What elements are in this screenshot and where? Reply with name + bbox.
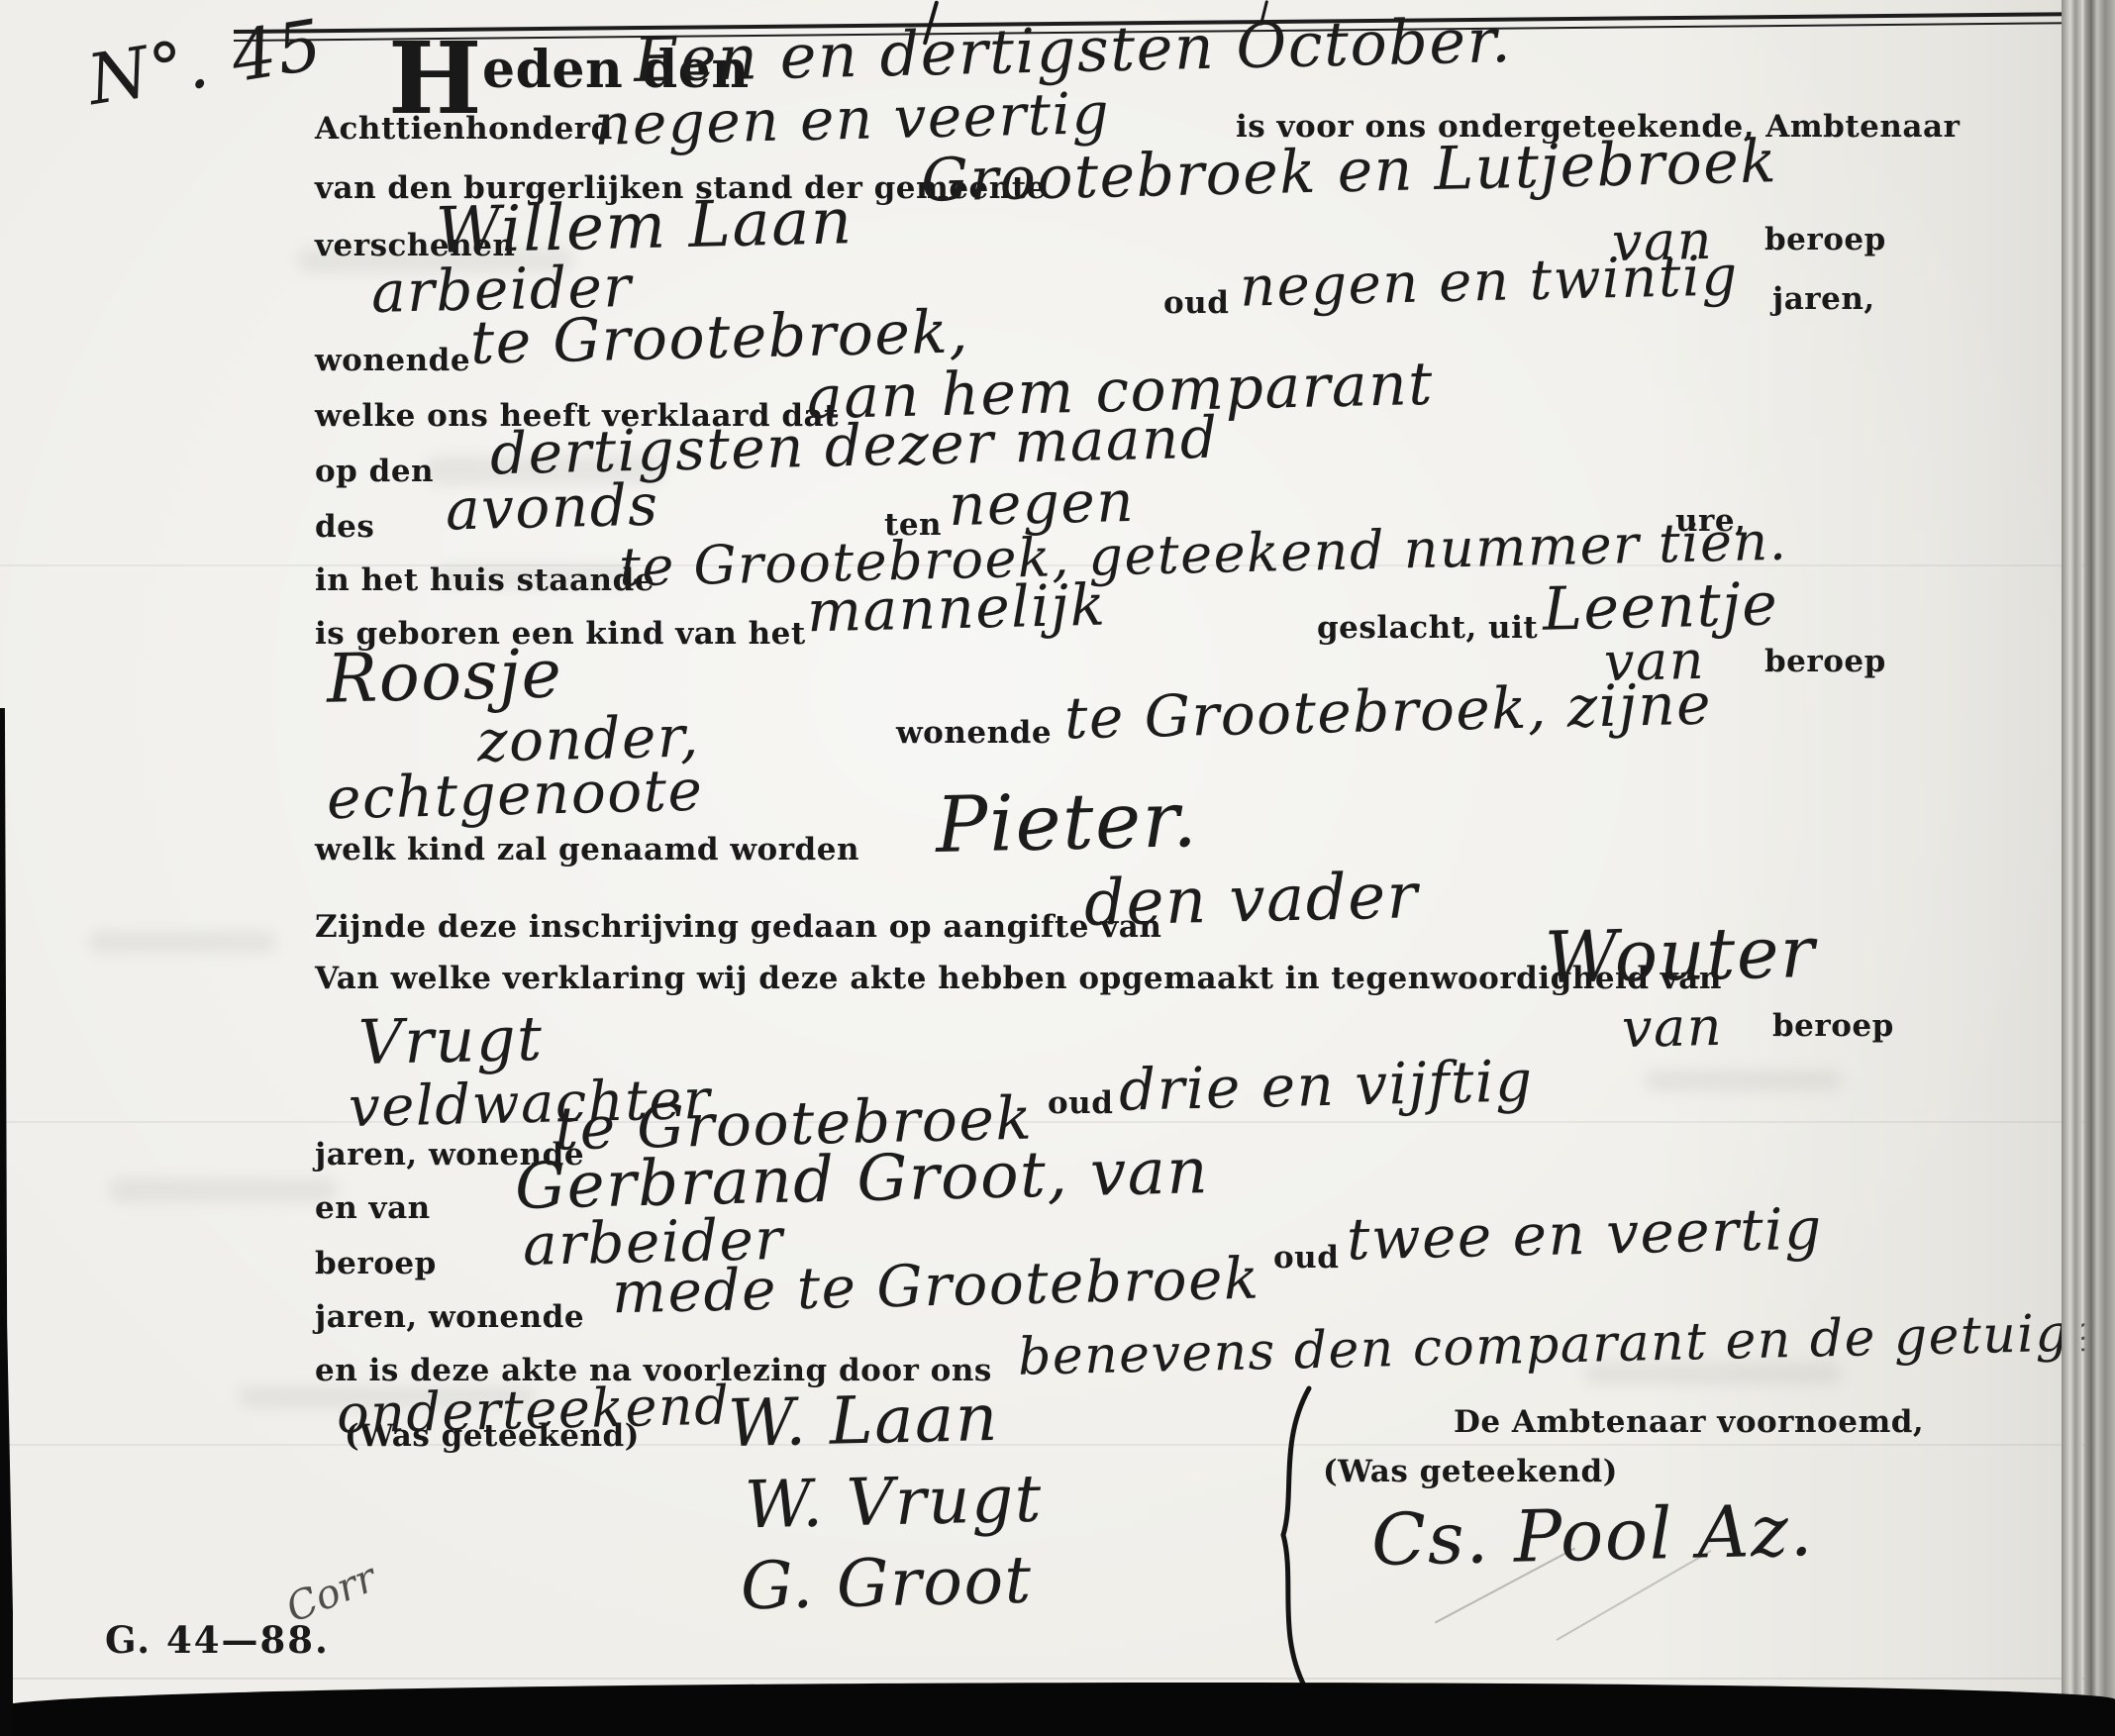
printed-oud-3: oud bbox=[1273, 1240, 1339, 1276]
scan-left-edge bbox=[0, 708, 13, 1736]
printed-was-geteekend-right: (Was geteekend) bbox=[1323, 1454, 1618, 1489]
printed-getuigen-intro: Van welke verklaring wij deze akte hebbe… bbox=[315, 961, 1722, 996]
written-van-3: van bbox=[1621, 995, 1723, 1060]
printed-jaren-wonende-2: jaren, wonende bbox=[315, 1299, 584, 1335]
printed-wonende-2: wonende bbox=[896, 715, 1052, 751]
printed-ambtenaar-voornoemd: De Ambtenaar voornoemd, bbox=[1454, 1404, 1924, 1440]
printed-beroep-3: beroep bbox=[1772, 1008, 1894, 1044]
printed-huis: in het huis staande bbox=[315, 562, 655, 598]
printed-jaren-1: jaren, bbox=[1772, 281, 1875, 317]
fold-line bbox=[0, 1121, 2115, 1123]
written-kindnaam: Pieter. bbox=[935, 775, 1199, 870]
printed-beroep-4: beroep bbox=[315, 1246, 437, 1281]
written-geslacht: mannelijk bbox=[806, 571, 1107, 646]
printed-des: des bbox=[315, 509, 374, 545]
witness-signature-3: G. Groot bbox=[740, 1542, 1033, 1625]
printed-geslacht-uit: geslacht, uit bbox=[1317, 610, 1538, 646]
witness-signature-1: W. Laan bbox=[727, 1379, 999, 1462]
printed-aangifte: Zijnde deze inschrijving gedaan op aangi… bbox=[315, 909, 1161, 945]
written-getuige1-achternaam: Vrugt bbox=[357, 1002, 544, 1078]
written-voorlezing: benevens den comparant en de getuigen bbox=[1017, 1302, 2115, 1387]
printed-op-den: op den bbox=[315, 454, 434, 489]
bleedthrough-smudge bbox=[109, 1178, 337, 1202]
printed-wonende-1: wonende bbox=[315, 343, 470, 378]
printed-en-van: en van bbox=[315, 1190, 431, 1226]
witness-signature-2: W. Vrugt bbox=[744, 1461, 1043, 1544]
written-getuige1-voornaam: Wouter bbox=[1544, 910, 1817, 999]
written-dagdeel: avonds bbox=[445, 471, 659, 544]
official-signature: Cs. Pool Az. bbox=[1370, 1488, 1815, 1582]
written-getuige2-leeftijd: twee en veertig bbox=[1346, 1195, 1823, 1274]
written-comparant-leeftijd: negen en twintig bbox=[1239, 244, 1739, 319]
pencil-annotation: Corr bbox=[280, 1555, 382, 1631]
printed-kindnaam-label: welk kind zal genaamd worden bbox=[315, 832, 859, 868]
book-page-edge bbox=[2062, 0, 2115, 1736]
written-aangever: den vader bbox=[1083, 860, 1419, 941]
written-onderteekend: onderteekend bbox=[336, 1375, 731, 1446]
written-moeder-wonende: te Grootebroek, zijne bbox=[1063, 670, 1712, 753]
printed-beroep-1: beroep bbox=[1764, 222, 1886, 257]
brace-mark bbox=[1265, 1384, 1317, 1693]
fold-line bbox=[0, 1678, 2115, 1680]
fold-line bbox=[0, 1444, 2115, 1446]
birth-certificate-scan: N°. 45 Heden den Een en dertigsten Octob… bbox=[0, 0, 2115, 1736]
written-echtgenoote: echtgenoote bbox=[326, 757, 704, 833]
scan-bottom-edge bbox=[0, 1683, 2115, 1736]
printed-beroep-2: beroep bbox=[1764, 644, 1886, 679]
written-getuige1-leeftijd: drie en vijftig bbox=[1118, 1047, 1534, 1123]
bleedthrough-smudge bbox=[89, 931, 277, 953]
bleedthrough-smudge bbox=[1644, 1070, 1842, 1091]
printed-oud-2: oud bbox=[1048, 1085, 1113, 1121]
record-number: N°. 45 bbox=[82, 4, 329, 121]
printed-achttienhonderd: Achttienhonderd bbox=[315, 111, 613, 147]
written-getuige2-wonende: mede te Grootebroek bbox=[611, 1245, 1260, 1327]
printed-oud-1: oud bbox=[1163, 285, 1229, 321]
